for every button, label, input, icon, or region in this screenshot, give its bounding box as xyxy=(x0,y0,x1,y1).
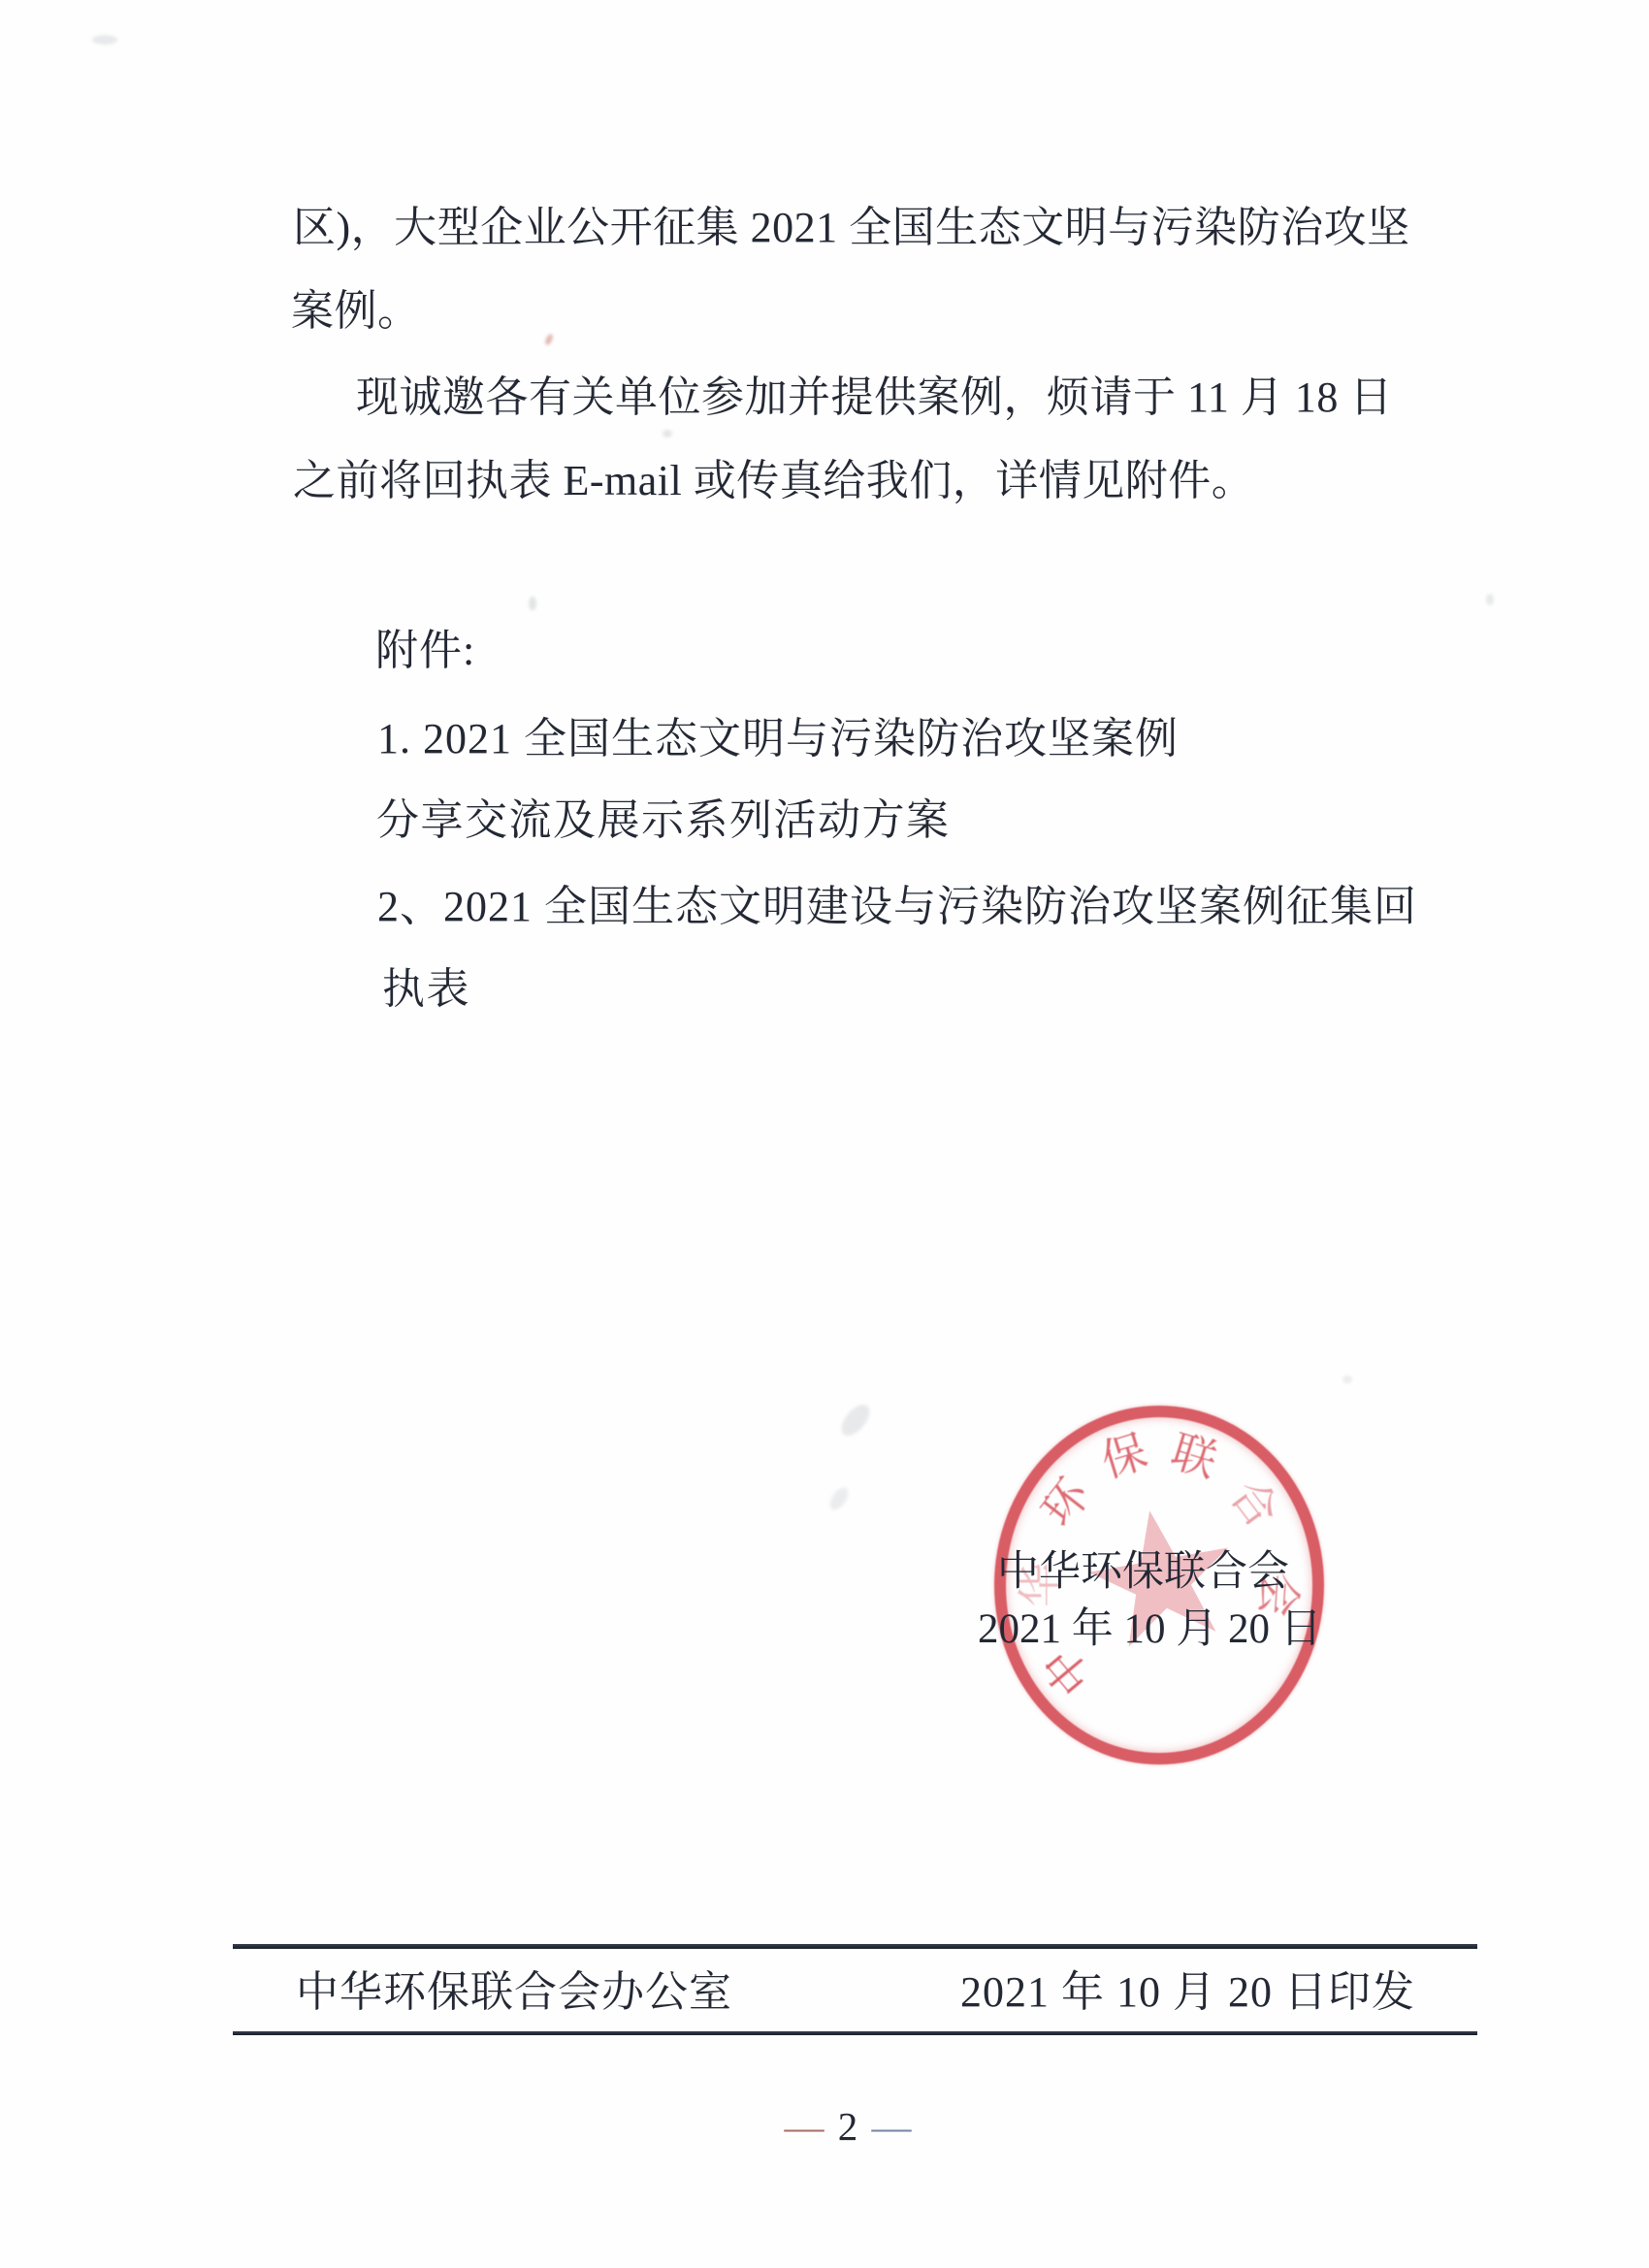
scan-smudge xyxy=(92,35,117,45)
scanned-document-page: { "body": { "line1": "区)，大型企业公开征集 2021 全… xyxy=(0,0,1649,2268)
page-number-value: 2 xyxy=(838,2104,860,2149)
body-line-3: 现诚邀各有关单位参加并提供案例，烦请于 11 月 18 日 xyxy=(356,374,1393,421)
footer-issuer: 中华环保联合会办公室 xyxy=(296,1969,732,2016)
footer-print-date: 2021 年 10 月 20 日印发 xyxy=(960,1969,1415,2016)
attachment-item-2-line-1: 2、2021 全国生态文明建设与污染防治攻坚案例征集回 xyxy=(377,884,1417,930)
scan-smudge xyxy=(1486,594,1494,605)
body-line-1: 区)，大型企业公开征集 2021 全国生态文明与污染防治攻坚 xyxy=(293,205,1410,251)
footer-rule-bottom xyxy=(233,2031,1477,2035)
attachment-item-1-line-1: 1. 2021 全国生态文明与污染防治攻坚案例 xyxy=(377,716,1179,762)
body-line-4: 之前将回执表 E-mail 或传真给我们，详情见附件。 xyxy=(293,458,1254,504)
footer-rule-top xyxy=(233,1944,1477,1949)
signature-org: 中华环保联合会 xyxy=(997,1549,1289,1595)
scan-smudge xyxy=(1342,1376,1352,1383)
scan-smudge xyxy=(826,1484,852,1512)
scan-smudge xyxy=(836,1400,875,1441)
page-number: — 2 — xyxy=(752,2103,946,2150)
signature-date: 2021 年 10 月 20 日 xyxy=(978,1606,1322,1652)
page-number-dash-left: — xyxy=(785,2104,826,2149)
page-number-dash-right: — xyxy=(872,2104,914,2149)
attachment-item-1-line-2: 分享交流及展示系列活动方案 xyxy=(376,797,951,844)
body-line-2: 案例。 xyxy=(291,288,421,335)
attachment-item-2-line-2: 执表 xyxy=(382,966,470,1013)
attachments-heading: 附件: xyxy=(375,628,475,674)
scan-smudge xyxy=(663,430,672,437)
scan-speck-red xyxy=(544,333,555,345)
scan-smudge xyxy=(529,597,536,610)
